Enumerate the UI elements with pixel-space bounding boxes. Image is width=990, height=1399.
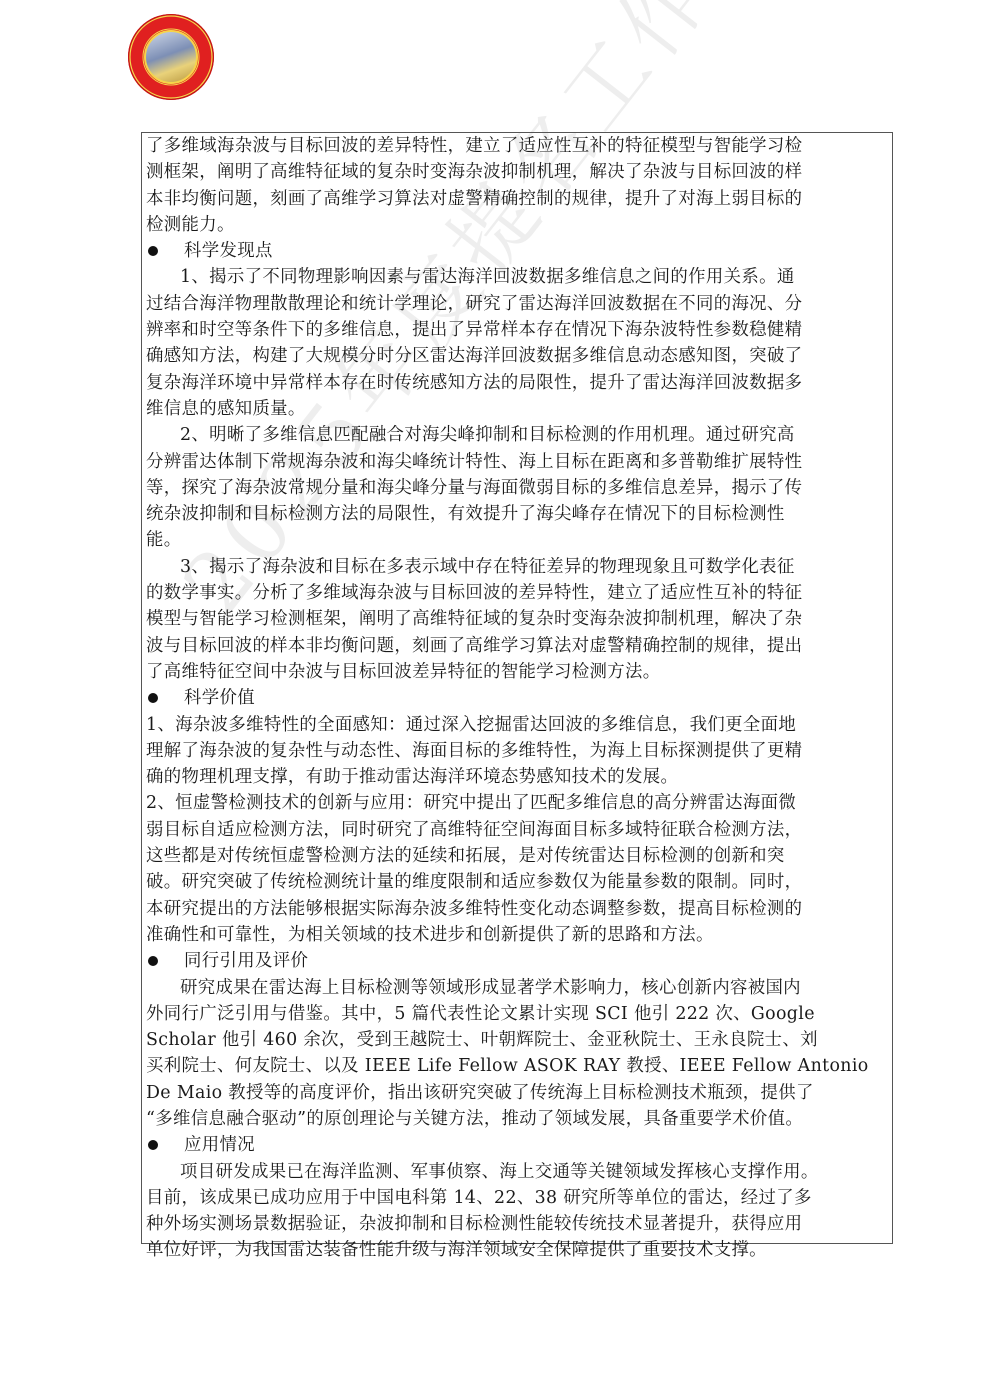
text-line: 本研究提出的方法能够根据实际海杂波多维特性变化动态调整参数，提高目标检测的 — [146, 896, 884, 922]
section-heading: 同行引用及评价 — [146, 948, 884, 974]
section-heading-label: 科学价值 — [184, 685, 255, 711]
text-line: 确感知方法，构建了大规模分时分区雷达海洋回波数据多维信息动态感知图，突破了 — [146, 343, 884, 369]
sections-container: 科学发现点1、揭示了不同物理影响因素与雷达海洋回波数据多维信息之间的作用关系。通… — [146, 238, 884, 1264]
text-line: 分辨雷达体制下常规海杂波和海尖峰统计特性、海上目标在距离和多普勒维扩展特性 — [146, 449, 884, 475]
text-line: 这些都是对传统恒虚警检测方法的延续和拓展，是对传统雷达目标检测的创新和突 — [146, 843, 884, 869]
text-line: 了多维域海杂波与目标回波的差异特性，建立了适应性互补的特征模型与智能学习检 — [146, 133, 884, 159]
bullet-icon — [148, 1140, 158, 1150]
paragraph: 3、揭示了海杂波和目标在多表示域中存在特征差异的物理现象且可数学化表征的数学事实… — [146, 554, 884, 685]
text-line: Scholar 他引 460 余次，受到王越院士、叶朝辉院士、金亚秋院士、王永良… — [146, 1027, 884, 1053]
intro-paragraph: 了多维域海杂波与目标回波的差异特性，建立了适应性互补的特征模型与智能学习检测框架… — [146, 133, 884, 238]
text-line: 模型与智能学习检测框架，阐明了高维特征域的复杂时变海杂波抑制机理，解决了杂 — [146, 606, 884, 632]
text-line: 确的物理机理支撑，有助于推动雷达海洋环境态势感知技术的发展。 — [146, 764, 884, 790]
text-line: 了高维特征空间中杂波与目标回波差异特征的智能学习检测方法。 — [146, 659, 884, 685]
section-heading-label: 同行引用及评价 — [184, 948, 308, 974]
text-line: 研究成果在雷达海上目标检测等领域形成显著学术影响力，核心创新内容被国内 — [146, 975, 884, 1001]
section-heading: 科学发现点 — [146, 238, 884, 264]
paragraph: 1、揭示了不同物理影响因素与雷达海洋回波数据多维信息之间的作用关系。通过结合海洋… — [146, 264, 884, 422]
text-line: 2、明晰了多维信息匹配融合对海尖峰抑制和目标检测的作用机理。通过研究高 — [146, 422, 884, 448]
paragraph: 2、恒虚警检测技术的创新与应用：研究中提出了匹配多维信息的高分辨雷达海面微弱目标… — [146, 790, 884, 948]
section: 同行引用及评价研究成果在雷达海上目标检测等领域形成显著学术影响力，核心创新内容被… — [146, 948, 884, 1132]
text-line: 3、揭示了海杂波和目标在多表示域中存在特征差异的物理现象且可数学化表征 — [146, 554, 884, 580]
text-line: 外同行广泛引用与借鉴。其中，5 篇代表性论文累计实现 SCI 他引 222 次、… — [146, 1001, 884, 1027]
paragraph: 2、明晰了多维信息匹配融合对海尖峰抑制和目标检测的作用机理。通过研究高分辨雷达体… — [146, 422, 884, 553]
section: 应用情况项目研发成果已在海洋监测、军事侦察、海上交通等关键领域发挥核心支撑作用。… — [146, 1132, 884, 1263]
text-line: De Maio 教授等的高度评价，指出该研究突破了传统海上目标检测技术瓶颈，提供… — [146, 1080, 884, 1106]
bullet-icon — [148, 246, 158, 256]
text-line: 测框架，阐明了高维特征域的复杂时变海杂波抑制机理，解决了杂波与目标回波的样 — [146, 159, 884, 185]
paragraph: 1、海杂波多维特性的全面感知：通过深入挖掘雷达回波的多维信息，我们更全面地理解了… — [146, 712, 884, 791]
text-line: “多维信息融合驱动”的原创理论与关键方法，推动了领域发展，具备重要学术价值。 — [146, 1106, 884, 1132]
text-line: 理解了海杂波的复杂性与动态性、海面目标的多维特性，为海上目标探测提供了更精 — [146, 738, 884, 764]
text-line: 辨率和时空等条件下的多维信息，提出了异常样本存在情况下海杂波特性参数稳健精 — [146, 317, 884, 343]
text-line: 维信息的感知质量。 — [146, 396, 884, 422]
text-line: 本非均衡问题，刻画了高维学习算法对虚警精确控制的规律，提升了对海上弱目标的 — [146, 186, 884, 212]
text-line: 复杂海洋环境中异常样本存在时传统感知方法的局限性，提升了雷达海洋回波数据多 — [146, 370, 884, 396]
section: 科学价值1、海杂波多维特性的全面感知：通过深入挖掘雷达回波的多维信息，我们更全面… — [146, 685, 884, 948]
text-line: 波与目标回波的样本非均衡问题，刻画了高维学习算法对虚警精确控制的规律，提出 — [146, 633, 884, 659]
section-heading-label: 科学发现点 — [184, 238, 273, 264]
text-line: 种外场实测场景数据验证，杂波抑制和目标检测性能较传统技术显著提升，获得应用 — [146, 1211, 884, 1237]
text-line: 准确性和可靠性，为相关领域的技术进步和创新提供了新的思路和方法。 — [146, 922, 884, 948]
text-line: 的数学事实。分析了多维域海杂波与目标回波的差异特性，建立了适应性互补的特征 — [146, 580, 884, 606]
section-heading-label: 应用情况 — [184, 1132, 255, 1158]
text-line: 检测能力。 — [146, 212, 884, 238]
seal-emblem-icon — [128, 14, 214, 100]
text-line: 1、海杂波多维特性的全面感知：通过深入挖掘雷达回波的多维信息，我们更全面地 — [146, 712, 884, 738]
text-line: 破。研究突破了传统检测统计量的维度限制和适应参数仅为能量参数的限制。同时， — [146, 869, 884, 895]
text-line: 1、揭示了不同物理影响因素与雷达海洋回波数据多维信息之间的作用关系。通 — [146, 264, 884, 290]
text-line: 单位好评，为我国雷达装备性能升级与海洋领域安全保障提供了重要技术支撑。 — [146, 1237, 884, 1263]
text-line: 能。 — [146, 527, 884, 553]
paragraph: 项目研发成果已在海洋监测、军事侦察、海上交通等关键领域发挥核心支撑作用。目前，该… — [146, 1159, 884, 1264]
section: 科学发现点1、揭示了不同物理影响因素与雷达海洋回波数据多维信息之间的作用关系。通… — [146, 238, 884, 685]
bullet-icon — [148, 693, 158, 703]
text-line: 过结合海洋物理散散理论和统计学理论，研究了雷达海洋回波数据在不同的海况、分 — [146, 291, 884, 317]
text-line: 目前，该成果已成功应用于中国电科第 14、22、38 研究所等单位的雷达，经过了… — [146, 1185, 884, 1211]
section-heading: 科学价值 — [146, 685, 884, 711]
section-heading: 应用情况 — [146, 1132, 884, 1158]
seal-center-image — [144, 30, 198, 84]
text-line: 统杂波抑制和目标检测方法的局限性，有效提升了海尖峰存在情况下的目标检测性 — [146, 501, 884, 527]
paragraph: 研究成果在雷达海上目标检测等领域形成显著学术影响力，核心创新内容被国内外同行广泛… — [146, 975, 884, 1133]
text-line: 弱目标自适应检测方法，同时研究了高维特征空间海面目标多域特征联合检测方法， — [146, 817, 884, 843]
text-line: 买利院士、何友院士、以及 IEEE Life Fellow ASOK RAY 教… — [146, 1053, 884, 1079]
text-line: 项目研发成果已在海洋监测、军事侦察、海上交通等关键领域发挥核心支撑作用。 — [146, 1159, 884, 1185]
text-line: 等，探究了海杂波常规分量和海尖峰分量与海面微弱目标的多维信息差异，揭示了传 — [146, 475, 884, 501]
text-line: 2、恒虚警检测技术的创新与应用：研究中提出了匹配多维信息的高分辨雷达海面微 — [146, 790, 884, 816]
bullet-icon — [148, 956, 158, 966]
document-content-box: 了多维域海杂波与目标回波的差异特性，建立了适应性互补的特征模型与智能学习检测框架… — [141, 132, 893, 1244]
